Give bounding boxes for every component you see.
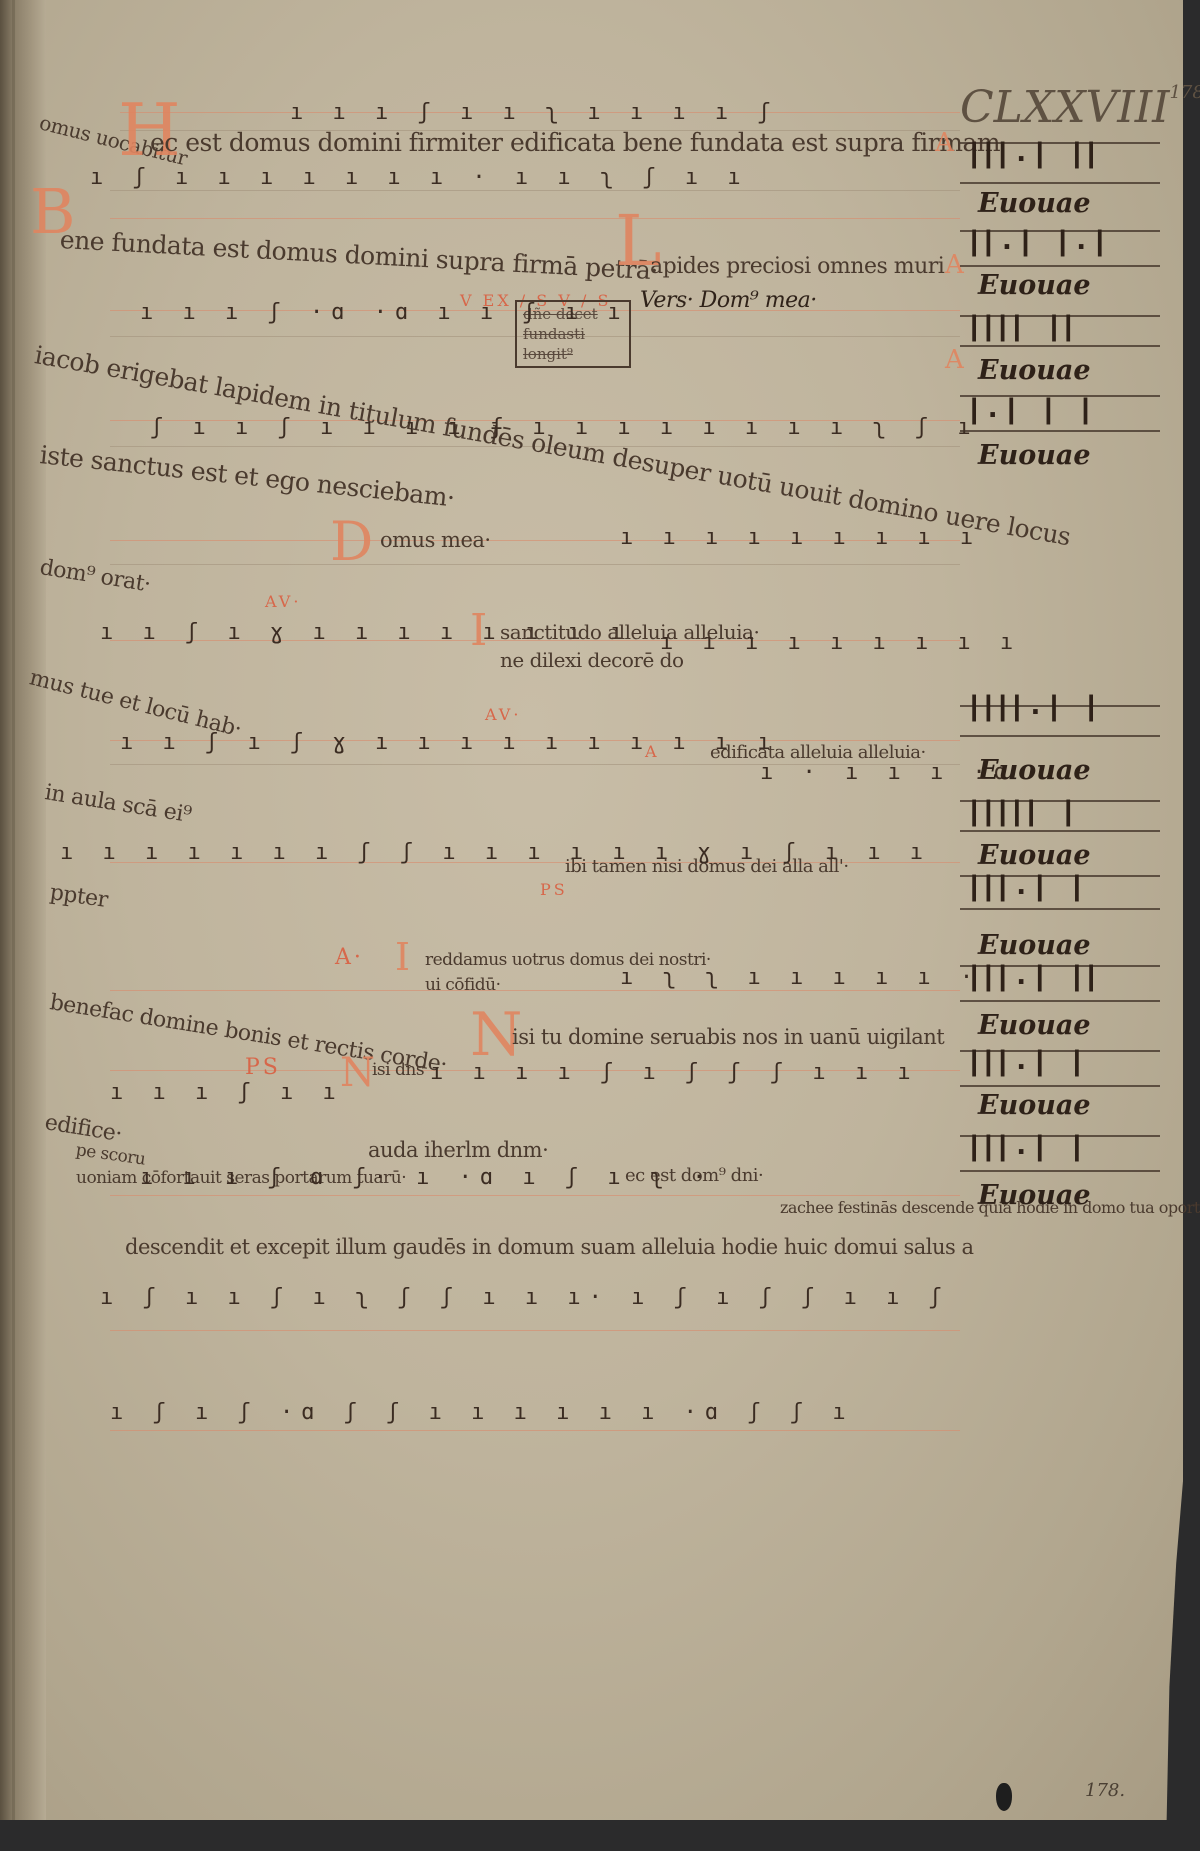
folio-number-bottom: 178. — [1085, 1780, 1125, 1801]
gutter-edge — [12, 0, 15, 1851]
tonary-neumes: ꟾꟾꟾꟾ ꟾꟾ — [970, 315, 1078, 348]
euouae-label: Euouae — [978, 270, 1091, 301]
background-bottom — [0, 1820, 1200, 1851]
rubric: AV· — [265, 592, 301, 611]
euouae-label: Euouae — [978, 440, 1091, 471]
binding-gutter — [0, 0, 46, 1851]
initial-d: I — [470, 605, 487, 656]
tonary-neumes: ꟾꟾꟾ·ꟾ ꟾꟾ — [970, 142, 1101, 175]
euouae-label: Euouae — [978, 1010, 1091, 1041]
folio-number-roman: CLXXVIII178 — [960, 82, 1200, 133]
neume-row: ı ı ı ʃ ·ɑ ·ɑ ı ı ʃ ı ı — [140, 300, 629, 325]
rubric-in-secunda: PS — [540, 880, 568, 899]
text-line: ne dilexi decorē do — [500, 648, 684, 672]
text-line: isi tu domine seruabis nos in uanū uigil… — [512, 1025, 944, 1049]
euouae-label: Euouae — [978, 1090, 1091, 1121]
euouae-label: Euouae — [978, 930, 1091, 961]
neume-row: ı ı ı ʃ ı ı — [110, 1080, 344, 1105]
crossed-text: fundasti — [523, 324, 623, 344]
rubric-ps: PS — [245, 1055, 281, 1080]
text-line: ec est domus domini firmiter edificata b… — [150, 128, 1000, 157]
neume-row: ı ʃ ı ʃ ·ɑ ʃ ʃ ı ı ı ı ı ı ·ɑ ʃ ʃ ı — [110, 1400, 854, 1425]
text-line: omus mea· — [380, 528, 491, 552]
neume-row: ı ı ı ı ı ı ı ʃ ʃ ı ı ı ı ı ı ɣ ı ʃ ı ı … — [60, 840, 931, 865]
crossed-text: longit⁹ — [523, 344, 623, 364]
tonary-neumes: ꟾꟾꟾ·ꟾ ꟾ — [970, 1135, 1087, 1168]
neume-row: ʃ ı ı ʃ ı ı ı ı ʄ ı ı ı ı ı ı ı ı ʅ ʃ ı — [150, 415, 979, 440]
neume-row: ı ʅ ʅ ı ı ı ı ı · — [620, 965, 981, 990]
initial-c: I — [395, 935, 410, 979]
tonary-neumes: ꟾꟾꟾꟾꟾ ꟾ — [970, 800, 1078, 833]
parchment-hole — [996, 1783, 1012, 1811]
rubric-sexta: AV· — [485, 705, 521, 724]
euouae-label: Euouae — [978, 840, 1091, 871]
text-line: descendit et excepit illum gaudēs in dom… — [125, 1235, 974, 1259]
neume-row: ı ı ʃ ı ʃ ɣ ı ı ı ı ı ı ı ı ı ı — [120, 730, 779, 755]
folio-number-arabic: 178 — [1169, 82, 1200, 103]
neume-row: ı ı ı ı ı ı ı ı ı — [620, 525, 981, 550]
euouae-label: Euouae — [978, 1180, 1091, 1211]
rubric-ps: A· — [335, 945, 364, 970]
neume-row: ı ʃ ı ı ʃ ı ʅ ʃ ʃ ı ı ı· ı ʃ ı ʃ ʃ ı ı ʃ — [100, 1285, 950, 1310]
tonary-neumes: ꟾꟾꟾ·ꟾ ꟾ — [970, 1050, 1087, 1083]
initial-d: D — [330, 510, 373, 573]
neume-row: ı ʃ ı ı ı ı ı ı ı · ı ı ʅ ʃ ı ı — [90, 165, 749, 190]
neume-row: ı ı ı ʃ ɑ ʃ· ı ·ɑ ı ʃ ı ʅ · — [140, 1165, 714, 1190]
euouae-label: Euouae — [978, 188, 1091, 219]
tonary-neumes: ꟾꟾ·ꟾ ꟾ·ꟾ — [970, 230, 1110, 263]
tonary-neumes: ꟾꟾꟾ·ꟾ ꟾꟾ — [970, 965, 1101, 998]
neume-row: ı ı ı ʃ ı ı ʅ ı ı ı ı ʃ — [290, 100, 779, 125]
text-line: ui cōfidū· — [425, 975, 501, 995]
tonary-neumes: ꟾꟾꟾ·ꟾ ꟾ — [970, 875, 1087, 908]
neume-row: ı ı ı ı ʃ ı ʃ ʃ ʃ ı ı ı — [430, 1060, 919, 1085]
margin-tonary: ꟾꟾꟾ·ꟾ ꟾꟾ Euouae ꟾꟾ·ꟾ ꟾ·ꟾ Euouae ꟾꟾꟾꟾ ꟾꟾ … — [960, 130, 1160, 1430]
initial-q: N — [340, 1050, 375, 1096]
euouae-label: Euouae — [978, 755, 1091, 786]
tonary-neumes: ꟾ·ꟾ ꟾ ꟾ — [970, 398, 1096, 431]
text-line: auda iherlm dnm· — [368, 1138, 548, 1162]
verse-cue: Vers· Dom⁹ mea· — [640, 288, 817, 313]
tonary-neumes: ꟾꟾꟾꟾ·ꟾ ꟾ — [970, 695, 1101, 728]
text-line: isi dns — [372, 1060, 424, 1080]
cue-letter: A — [935, 128, 954, 158]
euouae-label: Euouae — [978, 355, 1091, 386]
text-line: apides preciosi omnes muri — [650, 254, 944, 279]
